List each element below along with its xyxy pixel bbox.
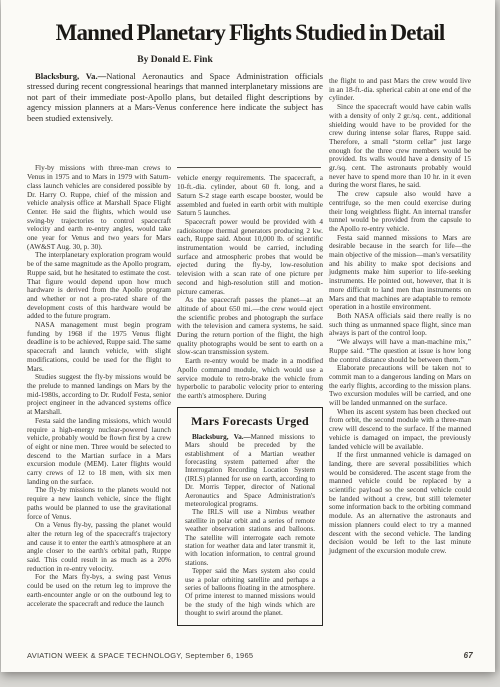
sidebar-paragraph: The IRLS will use a Nimbus weather satel… [185,508,315,567]
column-3: the flight to and past Mars the crew wou… [329,55,471,663]
article-columns: By Donald E. Fink Blacksburg, Va.—Nation… [27,55,473,663]
page-title: Manned Planetary Flights Studied in Deta… [27,20,473,46]
lede-block: By Donald E. Fink Blacksburg, Va.—Nation… [27,55,323,160]
dateline: Blacksburg, Va.— [192,433,251,441]
column-1: Fly-by missions with three-man crews to … [27,164,171,663]
column-2: vehicle energy requirements. The spacecr… [177,164,323,663]
article-paragraph: Since the spacecraft would have cabin wa… [329,103,471,190]
sidebar-paragraph: Blacksburg, Va.—Manned missions to Mars … [185,433,315,509]
sidebar-text: Manned missions to Mars should be preced… [185,433,315,508]
article-paragraph: Elaborate precautions will be taken not … [329,364,471,408]
article-paragraph: If the first unmanned vehicle is damaged… [329,451,471,555]
page-footer: AVIATION WEEK & SPACE TECHNOLOGY, Septem… [27,651,473,660]
magazine-page: Manned Planetary Flights Studied in Deta… [1,0,495,672]
article-paragraph: On a Venus fly-by, passing the planet wo… [27,521,171,573]
footer-journal-line: AVIATION WEEK & SPACE TECHNOLOGY, Septem… [27,651,253,660]
article-paragraph: Festa said manned missions to Mars are d… [329,234,471,312]
article-paragraph: As the spacecraft passes the planet—at a… [177,296,323,357]
sidebar-paragraph: Tepper said the Mars system also could u… [185,567,315,617]
article-paragraph: The fly-by missions to the planets would… [27,486,171,521]
article-paragraph: Both NASA officials said there really is… [329,312,471,338]
article-paragraph: The interplanetary exploration program w… [27,251,171,321]
article-paragraph: Fly-by missions with three-man crews to … [27,164,171,251]
lede-paragraph: Blacksburg, Va.—National Aeronautics and… [27,71,323,123]
article-paragraph: the flight to and past Mars the crew wou… [329,77,471,103]
sidebar-box: Mars Forecasts Urged Blacksburg, Va.—Man… [177,407,323,626]
article-paragraph: “We always will have a man-machine mix,”… [329,338,471,364]
article-paragraph: Spacecraft power would be provided with … [177,218,323,296]
article-paragraph: Earth re-entry would be made in a modifi… [177,357,323,401]
sidebar-title: Mars Forecasts Urged [185,414,315,429]
article-paragraph: For the Mars fly-bys, a swing past Venus… [27,573,171,608]
article-paragraph: vehicle energy requirements. The spacecr… [177,174,323,218]
byline: By Donald E. Fink [27,55,323,65]
article-paragraph: The crew capsule also would have a centr… [329,190,471,234]
footer-page-number: 67 [464,651,473,660]
dateline: Blacksburg, Va.— [35,71,106,81]
article-paragraph: NASA management must begin program fundi… [27,321,171,373]
article-paragraph: Festa said the landing missions, which w… [27,417,171,487]
article-paragraph: When its ascent system has been checked … [329,408,471,452]
column-divider-rule [177,167,321,168]
article-paragraph: Studies suggest the fly-by missions woul… [27,373,171,417]
